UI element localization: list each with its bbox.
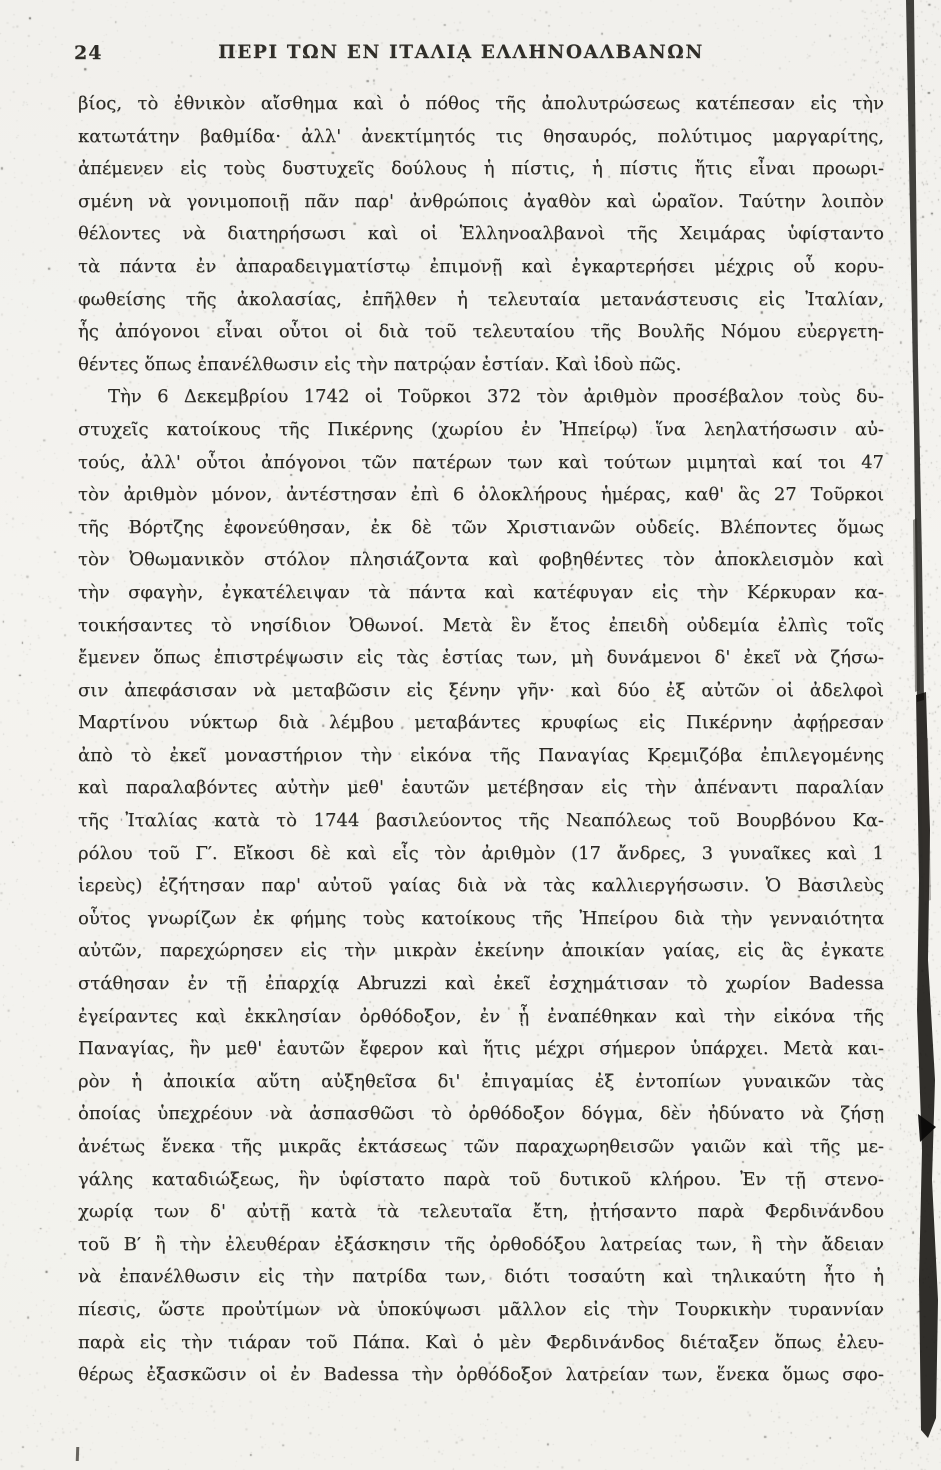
text-line: κατωτάτην βαθμίδα· ἀλλ' ἀνεκτίμητός τις … bbox=[78, 121, 884, 154]
text-line: γάλης καταδιώξεως, ἣν ὑφίστατο παρὰ τοῦ … bbox=[78, 1164, 884, 1197]
text-line: τὸν ἀριθμὸν μόνον, ἀντέστησαν ἐπὶ 6 ὁλοκ… bbox=[78, 479, 884, 512]
text-line: νὰ ἐπανέλθωσιν εἰς τὴν πατρίδα των, διότ… bbox=[78, 1261, 884, 1294]
text-line: ἀπὸ τὸ ἐκεῖ μοναστήριον τὴν εἰκόνα τῆς Π… bbox=[78, 740, 884, 773]
text-line: ὁποίας ὑπεχρέουν νὰ ἀσπασθῶσι τὸ ὀρθόδοξ… bbox=[78, 1098, 884, 1131]
text-line: τῆς Βόρτζης ἐφονεύθησαν, ἐκ δὲ τῶν Χριστ… bbox=[78, 512, 884, 545]
text-line: ἔμενεν ὅπως ἐπιστρέψωσιν εἰς τὰς ἑστίας … bbox=[78, 642, 884, 675]
text-line: φωθείσης τῆς ἀκολασίας, ἐπῆλθεν ἡ τελευτ… bbox=[78, 284, 884, 317]
text-line: βίος, τὸ ἐθνικὸν αἴσθημα καὶ ὁ πόθος τῆς… bbox=[78, 88, 884, 121]
text-line: ρόλου τοῦ Γ′. Εἴκοσι δὲ καὶ εἷς τὸν ἀριθ… bbox=[78, 838, 884, 871]
text-line: ρὸν ἡ ἀποικία αὕτη αὐξηθεῖσα δι' ἐπιγαμί… bbox=[78, 1066, 884, 1099]
scanned-book-page: 24 ΠΕΡΙ ΤΩΝ ΕΝ ΙΤΑΛΙᾼ ΕΛΛΗΝΟΑΛΒΑΝΩΝ βίος… bbox=[0, 0, 941, 1470]
text-line: πίεσις, ὥστε προὐτίμων νὰ ὑποκύψωσι μᾶλλ… bbox=[78, 1294, 884, 1327]
text-line: τὰ πάντα ἐν ἀπαραδειγματίστῳ ἐπιμονῇ καὶ… bbox=[78, 251, 884, 284]
text-line: τὴν σφαγὴν, ἐγκατέλειψαν τὰ πάντα καὶ κα… bbox=[78, 577, 884, 610]
text-line: ἀνέτως ἕνεκα τῆς μικρᾶς ἐκτάσεως τῶν παρ… bbox=[78, 1131, 884, 1164]
text-line: οὗτος γνωρίζων ἐκ φήμης τοὺς κατοίκους τ… bbox=[78, 903, 884, 936]
text-line: Τὴν 6 Δεκεμβρίου 1742 οἱ Τοῦρκοι 372 τὸν… bbox=[78, 381, 884, 414]
text-line: ἧς ἀπόγονοι εἶναι οὗτοι οἱ διὰ τοῦ τελευ… bbox=[78, 316, 884, 349]
body-text: βίος, τὸ ἐθνικὸν αἴσθημα καὶ ὁ πόθος τῆς… bbox=[78, 88, 884, 1392]
text-line: τοικήσαντες τὸ νησίδιον Ὀθωνοί. Μετὰ ἓν … bbox=[78, 610, 884, 643]
text-line: τῆς Ἰταλίας κατὰ τὸ 1744 βασιλεύοντος τῆ… bbox=[78, 805, 884, 838]
text-line: στάθησαν ἐν τῇ ἐπαρχίᾳ Abruzzi καὶ ἐκεῖ … bbox=[78, 968, 884, 1001]
text-line: παρὰ εἰς τὴν τιάραν τοῦ Πάπα. Καὶ ὁ μὲν … bbox=[78, 1327, 884, 1360]
scan-artifact-mark bbox=[76, 1447, 79, 1461]
text-line: τὸν Ὀθωμανικὸν στόλον πλησιάζοντα καὶ φο… bbox=[78, 544, 884, 577]
text-line: σιν ἀπεφάσισαν νὰ μεταβῶσιν εἰς ξένην γῆ… bbox=[78, 675, 884, 708]
text-line: χωρίᾳ των δ' αὐτῇ κατὰ τὰ τελευταῖα ἔτη,… bbox=[78, 1196, 884, 1229]
text-line: αὐτῶν, παρεχώρησεν εἰς τὴν μικρὰν ἐκείνη… bbox=[78, 935, 884, 968]
text-line: σμένη νὰ γονιμοποιῇ πᾶν παρ' ἀνθρώποις ἀ… bbox=[78, 186, 884, 219]
text-line: Μαρτίνου νύκτωρ διὰ λέμβου μεταβάντες κρ… bbox=[78, 707, 884, 740]
text-line: ἀπέμενεν εἰς τοὺς δυστυχεῖς δούλους ἡ πί… bbox=[78, 153, 884, 186]
text-line: τούς, ἀλλ' οὗτοι ἀπόγονοι τῶν πατέρων τω… bbox=[78, 447, 884, 480]
text-line: ἐγείραντες καὶ ἐκκλησίαν ὀρθόδοξον, ἐν ᾗ… bbox=[78, 1001, 884, 1034]
text-line: θέρως ἐξασκῶσιν οἱ ἐν Badessa τὴν ὀρθόδο… bbox=[78, 1359, 884, 1392]
text-line: Παναγίας, ἣν μεθ' ἑαυτῶν ἔφερον καὶ ἥτις… bbox=[78, 1033, 884, 1066]
text-line: ἱερεὺς) ἐζήτησαν παρ' αὐτοῦ γαίας διὰ νὰ… bbox=[78, 870, 884, 903]
text-line: καὶ παραλαβόντες αὐτὴν μεθ' ἑαυτῶν μετέβ… bbox=[78, 772, 884, 805]
text-line: θέλοντες νὰ διατηρήσωσι καὶ οἱ Ἑλληνοαλβ… bbox=[78, 218, 884, 251]
running-header: ΠΕΡΙ ΤΩΝ ΕΝ ΙΤΑΛΙᾼ ΕΛΛΗΝΟΑΛΒΑΝΩΝ bbox=[80, 42, 842, 63]
text-line: στυχεῖς κατοίκους τῆς Πικέρνης (χωρίου ἐ… bbox=[78, 414, 884, 447]
text-line: τοῦ Β′ ἢ τὴν ἐλευθέραν ἐξάσκησιν τῆς ὀρθ… bbox=[78, 1229, 884, 1262]
text-line: θέντες ὅπως ἐπανέλθωσιν εἰς τὴν πατρῴαν … bbox=[78, 349, 884, 382]
